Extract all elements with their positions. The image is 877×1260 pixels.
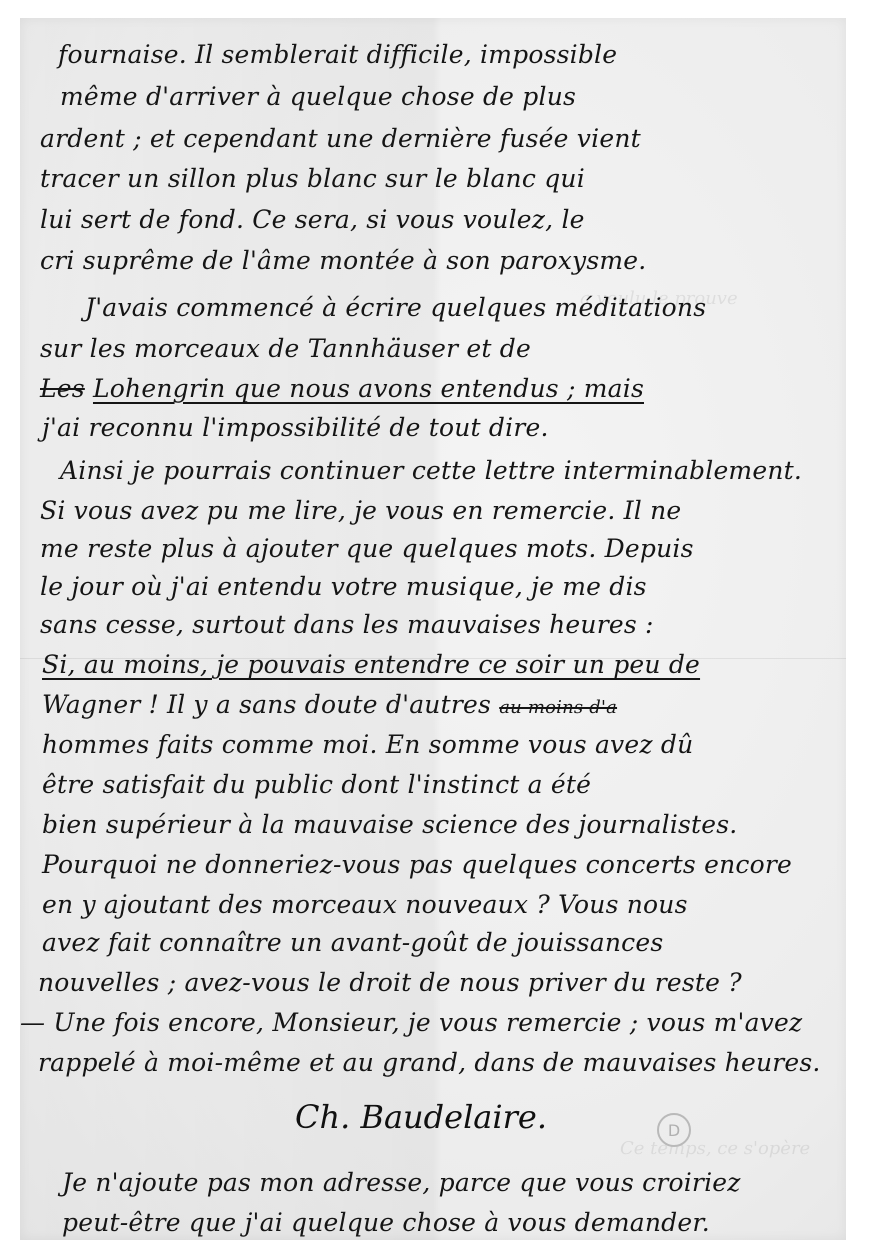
letter-page: a voulu le prouve Ce temps, ce s'opère f… (20, 18, 846, 1240)
struck-insertion: au moins d'a (499, 697, 617, 718)
letter-line-6: cri suprême de l'âme montée à son paroxy… (40, 246, 646, 275)
letter-line-20: bien supérieur à la mauvaise science des… (42, 810, 737, 839)
letter-line-13: me reste plus à ajouter que quelques mot… (40, 534, 694, 563)
letter-line-26: rappelé à moi-même et au grand, dans de … (38, 1048, 821, 1077)
letter-line-11: Ainsi je pourrais continuer cette lettre… (60, 456, 802, 485)
letter-line-21: Pourquoi ne donneriez-vous pas quelques … (42, 850, 792, 879)
letter-line-9: Les Lohengrin que nous avons entendus ; … (40, 374, 644, 403)
letter-line-7: J'avais commencé à écrire quelques médit… (85, 293, 706, 322)
tannhauser-underlined: sur les morceaux de Tannhäuser et de (40, 334, 531, 363)
letter-line-1: fournaise. Il semblerait difficile, impo… (58, 40, 617, 69)
letter-line-17: Wagner ! Il y a sans doute d'autres au m… (42, 690, 617, 719)
letter-line-2: même d'arriver à quelque chose de plus (60, 82, 576, 111)
struck-word: Les (40, 374, 85, 403)
letter-line-10: j'ai reconnu l'impossibilité de tout dir… (42, 413, 549, 442)
letter-line-16: Si, au moins, je pouvais entendre ce soi… (42, 650, 700, 679)
signature: Ch. Baudelaire. (295, 1098, 547, 1136)
letter-line-8: sur les morceaux de Tannhäuser et de (40, 334, 531, 363)
bleed-through-text: Ce temps, ce s'opère (620, 1138, 810, 1159)
letter-line-18: hommes faits comme moi. En somme vous av… (42, 730, 693, 759)
wagner-line: Wagner ! Il y a sans doute d'autres (42, 690, 491, 719)
letter-line-19: être satisfait du public dont l'instinct… (42, 770, 591, 799)
letter-line-23: avez fait connaître un avant-goût de jou… (42, 928, 663, 957)
letter-line-12: Si vous avez pu me lire, je vous en reme… (40, 496, 681, 525)
postscript-line-1: Je n'ajoute pas mon adresse, parce que v… (62, 1168, 741, 1197)
postscript-line-2: peut-être que j'ai quelque chose à vous … (62, 1208, 710, 1237)
lohengrin-line: Lohengrin que nous avons entendus ; mais (93, 374, 644, 403)
letter-line-3: ardent ; et cependant une dernière fusée… (40, 124, 641, 153)
library-stamp-icon: D (657, 1113, 691, 1147)
letter-line-14: le jour où j'ai entendu votre musique, j… (40, 572, 647, 601)
letter-line-25: — Une fois encore, Monsieur, je vous rem… (20, 1008, 802, 1037)
letter-line-24: nouvelles ; avez-vous le droit de nous p… (38, 968, 742, 997)
letter-line-5: lui sert de fond. Ce sera, si vous voule… (40, 205, 585, 234)
letter-line-4: tracer un sillon plus blanc sur le blanc… (40, 164, 585, 193)
letter-line-22: en y ajoutant des morceaux nouveaux ? Vo… (42, 890, 688, 919)
letter-line-15: sans cesse, surtout dans les mauvaises h… (40, 610, 654, 639)
